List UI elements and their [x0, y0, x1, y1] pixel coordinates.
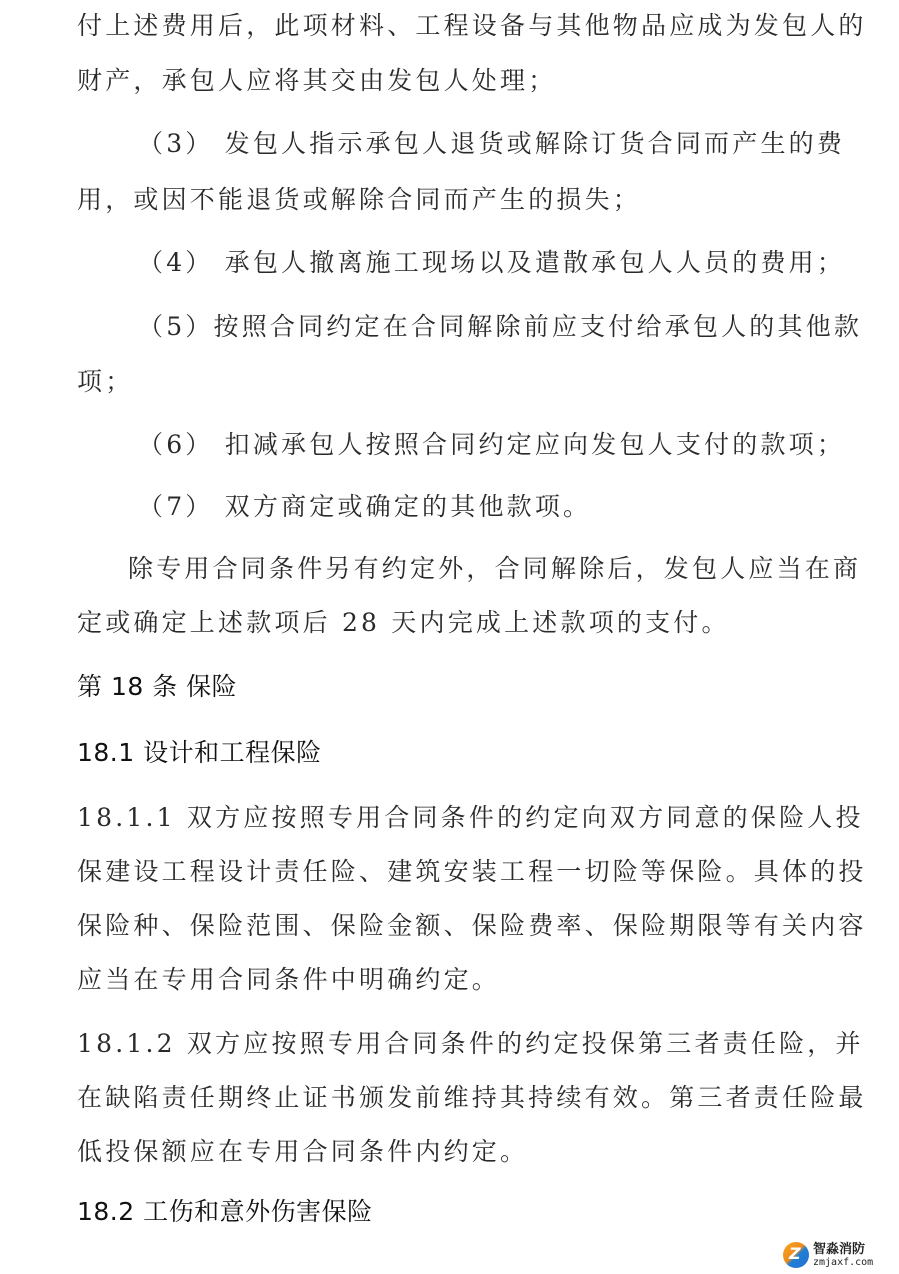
brand-logo-icon [783, 1242, 809, 1268]
clause-18-1-1-line: 应当在专用合同条件中明确约定。 [77, 960, 500, 996]
clause-18-1-2-line: 在缺陷责任期终止证书颁发前维持其持续有效。第三者责任险最 [77, 1078, 867, 1114]
paragraph-line: 用，或因不能退货或解除合同而产生的损失； [77, 180, 641, 216]
clause-18-1-2-line: 低投保额应在专用合同条件内约定。 [77, 1132, 528, 1168]
list-item-6: （6） 扣减承包人按照合同约定应向发包人支付的款项； [138, 425, 845, 461]
list-item-3: （3） 发包人指示承包人退货或解除订货合同而产生的费 [138, 124, 845, 160]
list-item-5: （5）按照合同约定在合同解除前应支付给承包人的其他款 [138, 307, 862, 343]
clause-18-1-1-line: 保险种、保险范围、保险金额、保险费率、保险期限等有关内容 [77, 906, 867, 942]
section-heading-18-1: 18.1 设计和工程保险 [77, 733, 322, 769]
clause-18-1-2-line: 18.1.2 双方应按照专用合同条件的约定投保第三者责任险，并 [77, 1024, 864, 1060]
watermark-logo: 智淼消防 zmjaxf.com [783, 1236, 899, 1274]
paragraph-line: 财产，承包人应将其交由发包人处理； [77, 61, 556, 97]
watermark-name: 智淼消防 [813, 1243, 873, 1256]
paragraph-line: 定或确定上述款项后 28 天内完成上述款项的支付。 [77, 603, 730, 639]
list-item-4: （4） 承包人撤离施工现场以及遣散承包人人员的费用； [138, 243, 845, 279]
paragraph-line: 除专用合同条件另有约定外，合同解除后，发包人应当在商 [128, 549, 861, 585]
article-heading: 第 18 条 保险 [77, 667, 237, 703]
clause-18-1-1-line: 18.1.1 双方应按照专用合同条件的约定向双方同意的保险人投 [77, 798, 864, 834]
clause-18-1-1-line: 保建设工程设计责任险、建筑安装工程一切险等保险。具体的投 [77, 852, 867, 888]
list-item-7: （7） 双方商定或确定的其他款项。 [138, 487, 591, 523]
watermark-url: zmjaxf.com [813, 1258, 873, 1268]
paragraph-line: 项； [77, 362, 133, 398]
paragraph-line: 付上述费用后，此项材料、工程设备与其他物品应成为发包人的 [77, 6, 867, 42]
section-heading-18-2: 18.2 工伤和意外伤害保险 [77, 1192, 373, 1228]
